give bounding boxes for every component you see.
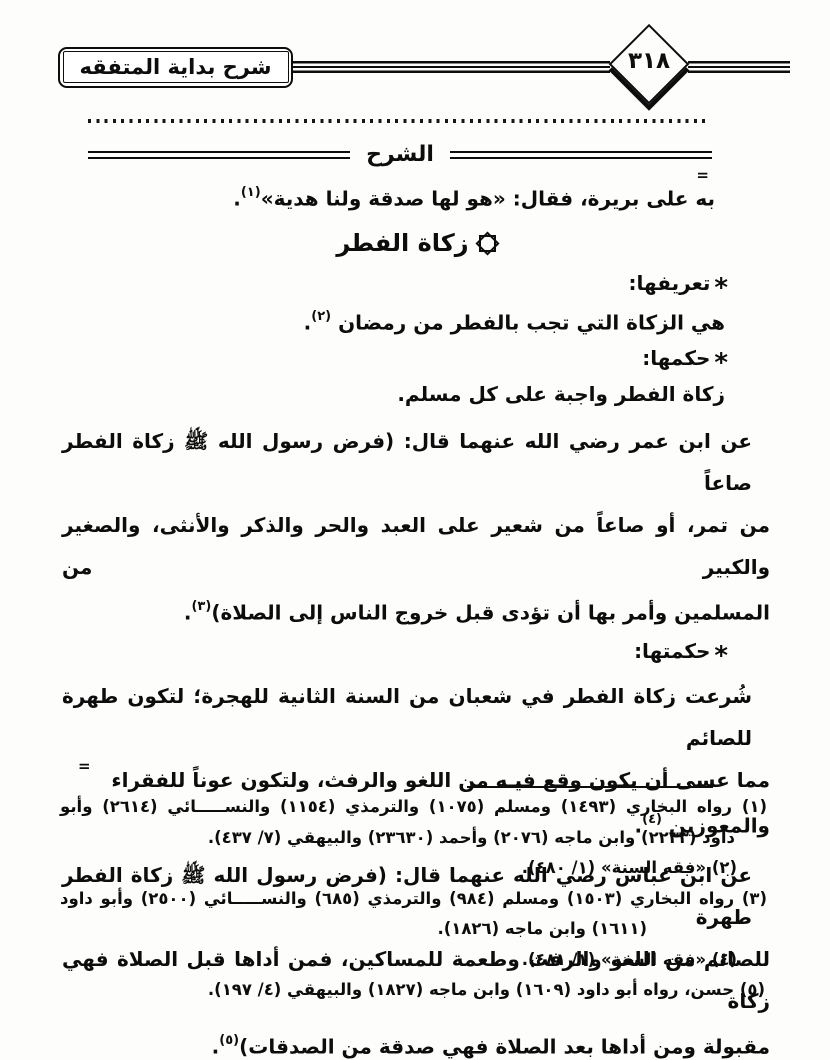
subheading: *حكمها: bbox=[62, 341, 770, 375]
footnote: (٣) رواه البخاري (١٥٠٣) ومسلم (٩٨٤) والت… bbox=[60, 884, 767, 945]
continuation-equals-bottom: = bbox=[78, 757, 90, 775]
book-title-box: شرح بداية المتفقه bbox=[58, 47, 293, 88]
footnote: (٤) «فقه السنة» (١/ ٤٨١). bbox=[60, 945, 767, 976]
header-rule-end bbox=[688, 61, 790, 73]
chapter-title: زكاة الفطر bbox=[336, 229, 468, 257]
footnote: (٥) حسن، رواه أبو داود (١٦٠٩) وابن ماجه … bbox=[60, 975, 767, 1006]
footnote-ref: (٢) bbox=[311, 309, 331, 324]
subheading: *تعريفها: bbox=[62, 266, 770, 300]
divider-rule-right bbox=[88, 151, 350, 159]
header-rule-middle bbox=[293, 61, 610, 73]
footnote: (٢) «فقه السنة» (١/ ٤٨٠). bbox=[60, 853, 767, 884]
subheading-label: حكمها: bbox=[642, 346, 710, 370]
page-header: شرح بداية المتفقه ٣١٨ bbox=[58, 36, 790, 98]
footnote-ref: (٥) bbox=[219, 1033, 239, 1048]
section-divider: الشرح bbox=[88, 142, 712, 167]
body-line: زكاة الفطر واجبة على كل مسلم. bbox=[62, 375, 770, 413]
paragraph-line: شُرعت زكاة الفطر في شعبان من السنة الثان… bbox=[62, 675, 770, 759]
body-line: به على بريرة، فقال: «هو لها صدقة ولنا هد… bbox=[62, 176, 770, 218]
paragraph-line: عن ابن عمر رضي الله عنهما قال: (فرض رسول… bbox=[62, 420, 770, 504]
body-line: هي الزكاة التي تجب بالفطر من رمضان (٢). bbox=[62, 300, 770, 342]
paragraph-line: مقبولة ومن أداها بعد الصلاة فهي صدقة من … bbox=[62, 1022, 770, 1060]
paragraph-line: المسلمين وأمر بها أن تؤدى قبل خروج الناس… bbox=[62, 588, 770, 634]
section-title: الشرح bbox=[364, 142, 436, 167]
subheading: *حكمتها: bbox=[62, 634, 770, 668]
footnote-separator bbox=[467, 786, 713, 788]
footnote-ref: (١) bbox=[241, 185, 261, 200]
book-page: شرح بداية المتفقه ٣١٨ الشرح = به على بري… bbox=[0, 0, 830, 1060]
paragraph-line: من تمر، أو صاعاً من شعير على العبد والحر… bbox=[62, 504, 770, 588]
divider-rule-left bbox=[450, 151, 712, 159]
footnote-line: (٢) «فقه السنة» (١/ ٤٨٠). bbox=[60, 853, 767, 884]
footnote-line: (١) رواه البخاري (١٤٩٣) ومسلم (١٠٧٥) وال… bbox=[60, 792, 767, 823]
subheading-label: حكمتها: bbox=[634, 639, 710, 663]
footnote-line: (٥) حسن، رواه أبو داود (١٦٠٩) وابن ماجه … bbox=[60, 975, 767, 1006]
paragraph: عن ابن عمر رضي الله عنهما قال: (فرض رسول… bbox=[62, 420, 770, 634]
book-title: شرح بداية المتفقه bbox=[63, 51, 289, 83]
footnote-ref: (٣) bbox=[191, 599, 211, 614]
page-number-diamond: ٣١٨ bbox=[606, 24, 692, 110]
footnote-line: داود (٢٢٣٣) وابن ماجه (٢٠٧٦) وأحمد (٢٣٦٣… bbox=[60, 823, 767, 854]
footnote: (١) رواه البخاري (١٤٩٣) ومسلم (١٠٧٥) وال… bbox=[60, 792, 767, 853]
page-number: ٣١٨ bbox=[606, 24, 692, 110]
subheading-label: تعريفها: bbox=[629, 271, 711, 295]
footnote-line: (٤) «فقه السنة» (١/ ٤٨١). bbox=[60, 945, 767, 976]
footnotes-list: (١) رواه البخاري (١٤٩٣) ومسلم (١٠٧٥) وال… bbox=[60, 792, 767, 1006]
rub-el-hizb-star-icon bbox=[479, 235, 496, 252]
dotted-separator bbox=[88, 119, 708, 123]
footnote-line: (٣) رواه البخاري (١٥٠٣) ومسلم (٩٨٤) والت… bbox=[60, 884, 767, 915]
footnote-line: (١٦١١) وابن ماجه (١٨٢٦). bbox=[60, 914, 767, 945]
chapter-heading: زكاة الفطر bbox=[62, 220, 770, 266]
